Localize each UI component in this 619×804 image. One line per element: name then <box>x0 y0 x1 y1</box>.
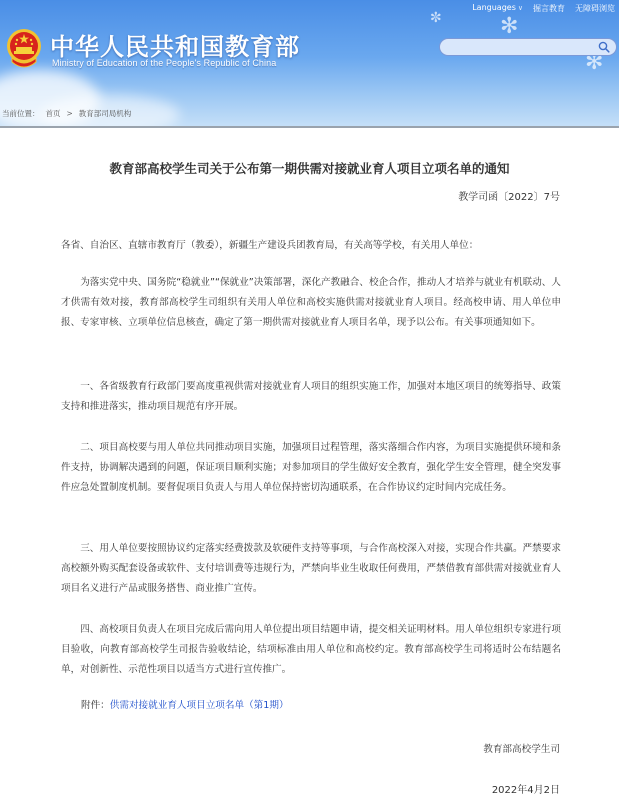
chevron-down-icon: ∨ <box>518 4 523 12</box>
breadcrumb-current[interactable]: 教育部司局机构 <box>79 108 132 119</box>
top-links: Languages∨ 掘言教育 无障碍浏览 <box>472 3 615 14</box>
search-input[interactable] <box>448 41 598 54</box>
addressee: 各省、自治区、直辖市教育厅（教委），新疆生产建设兵团教育局，有关高等学校，有关用… <box>61 236 561 256</box>
attachment: 附件：供需对接就业育人项目立项名单（第1期） <box>81 697 289 711</box>
search-icon[interactable] <box>598 41 610 53</box>
paragraph-intro: 为落实党中央、国务院“稳就业”“保就业”决策部署，深化产教融合、校企合作，推动人… <box>61 273 561 334</box>
site-subtitle: Ministry of Education of the People's Re… <box>52 58 276 68</box>
paragraph-item-4: 四、高校项目负责人在项目完成后需向用人单位提出项目结题申请，提交相关证明材料。用… <box>61 620 561 681</box>
document-number: 教学司函〔2022〕7号 <box>458 188 560 203</box>
paragraph-item-3: 三、用人单位要按照协议约定落实经费拨款及软硬件支持等事项，与合作高校深入对接，实… <box>61 539 561 600</box>
paragraph-item-2: 二、项目高校要与用人单位共同推动项目实施，加强项目过程管理，落实落细合作内容，为… <box>61 438 561 499</box>
signature: 教育部高校学生司 <box>483 741 560 755</box>
attachment-link[interactable]: 供需对接就业育人项目立项名单（第1期） <box>110 700 289 711</box>
attachment-label: 附件： <box>81 700 110 711</box>
document-date: 2022年4月2日 <box>492 781 560 796</box>
breadcrumb-label: 当前位置： <box>2 108 40 119</box>
dandelion-decoration: ✼ <box>430 10 442 26</box>
top-link-2[interactable]: 掘言教育 <box>533 3 565 14</box>
document-title: 教育部高校学生司关于公布第一期供需对接就业育人项目立项名单的通知 <box>0 159 619 177</box>
accessibility-link[interactable]: 无障碍浏览 <box>575 3 615 14</box>
breadcrumb-home[interactable]: 首页 <box>46 108 61 119</box>
languages-link[interactable]: Languages∨ <box>472 3 523 14</box>
languages-label: Languages <box>472 3 516 12</box>
search-box <box>439 38 617 56</box>
national-emblem-icon[interactable] <box>6 28 42 70</box>
breadcrumb: 当前位置： 首页 > 教育部司局机构 <box>2 108 131 119</box>
site-title[interactable]: 中华人民共和国教育部 <box>50 27 300 62</box>
site-header: ✻ ✻ ✼ 中华人民共和国教育部 Ministry of Education o… <box>0 0 619 127</box>
dandelion-decoration: ✻ <box>500 14 518 39</box>
breadcrumb-separator: > <box>67 109 73 118</box>
paragraph-item-1: 一、各省级教育行政部门要高度重视供需对接就业育人项目的组织实施工作，加强对本地区… <box>61 377 561 417</box>
